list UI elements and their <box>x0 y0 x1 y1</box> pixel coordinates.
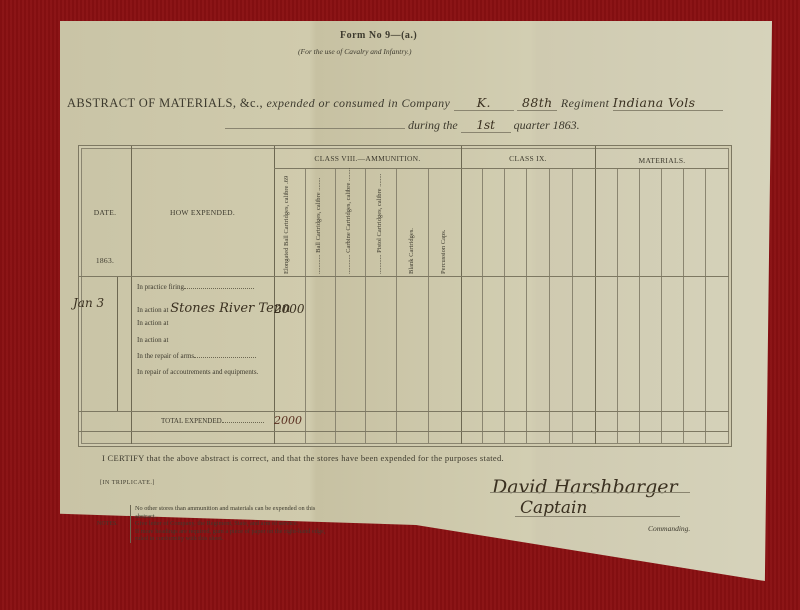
divider <box>274 168 729 169</box>
divider <box>661 168 662 444</box>
divider <box>365 168 366 444</box>
signature-name: David Harshbarger <box>492 476 678 498</box>
divider <box>595 146 596 444</box>
ammo-col-caps: Percussion Caps. <box>440 206 447 274</box>
divider <box>131 146 132 444</box>
divider <box>639 168 640 444</box>
row-repair-arms: In the repair of arms <box>137 352 256 360</box>
company-field: K. <box>454 95 514 111</box>
form-number: Form No 9—(a.) <box>340 30 417 41</box>
how-expended-header: HOW EXPENDED. <box>131 208 274 217</box>
row-repair-accoutrements: In repair of accoutrements and equipment… <box>137 368 258 376</box>
signature-rank: Captain <box>520 498 587 518</box>
row-action-1: In action at Stones River Tenn <box>137 301 291 316</box>
leader-dots <box>222 422 264 423</box>
divider <box>335 168 336 444</box>
during-line: during the 1st quarter 1863. <box>225 118 580 133</box>
divider <box>428 168 429 444</box>
divider <box>79 431 729 432</box>
divider <box>683 168 684 444</box>
divider <box>572 168 573 444</box>
title-prefix: ABSTRACT OF MATERIALS, &c., <box>67 96 263 110</box>
row-action-3: In action at <box>137 336 169 344</box>
divider <box>617 168 618 444</box>
divider <box>705 168 706 444</box>
triplicate-label: [IN TRIPLICATE.] <box>100 480 155 486</box>
leader-dots <box>184 288 254 289</box>
divider <box>526 168 527 444</box>
class8-header: CLASS VIII.—AMMUNITION. <box>274 154 461 163</box>
notes-label: NOTES. <box>97 521 118 527</box>
quarter-field: 1st <box>461 118 511 133</box>
row-label: In practice firing <box>137 283 184 291</box>
divider <box>79 276 729 277</box>
divider <box>79 411 729 412</box>
document-title: ABSTRACT OF MATERIALS, &c., expended or … <box>67 95 723 111</box>
notes-list: No other stores than ammunition and mate… <box>130 505 335 543</box>
divider <box>117 276 118 411</box>
divider <box>305 168 306 444</box>
form-subtitle: (For the use of Cavalry and Infantry.) <box>298 47 412 56</box>
divider <box>549 168 550 444</box>
note-item: If more headings are required, gum a pie… <box>135 528 335 543</box>
divider <box>504 168 505 444</box>
date-header: DATE. <box>79 208 131 217</box>
materials-header: MATERIALS. <box>595 156 729 165</box>
year-label: 1863. <box>79 256 131 265</box>
entry-date: Jan 3 <box>73 296 104 310</box>
rank-line <box>515 516 680 517</box>
divider <box>396 168 397 444</box>
certification-text: I CERTIFY that the above abstract is cor… <box>102 453 504 463</box>
divider <box>274 146 275 444</box>
commanding-label: Commanding. <box>648 524 690 533</box>
elongated-ball-value: 2000 <box>274 302 305 316</box>
ammo-col-ball: ............ Ball Cartridges, calibre ..… <box>315 174 322 274</box>
total-label: TOTAL EXPENDED <box>161 417 222 425</box>
quarter-label: quarter 1863. <box>514 118 580 132</box>
note-item: No other stores than ammunition and mate… <box>135 505 335 520</box>
action-place: Stones River Tenn <box>170 301 290 316</box>
row-label: In action at <box>137 306 169 314</box>
during-label: during the <box>408 118 458 132</box>
signature-line <box>490 492 690 493</box>
note-item: Give letter of Company, the Regiment, St… <box>135 520 335 528</box>
total-expended-label: TOTAL EXPENDED <box>161 417 264 425</box>
state-field: Indiana Vols <box>613 95 723 111</box>
regiment-number-field: 88th <box>517 95 557 111</box>
title-mid: expended or consumed in Company <box>267 96 451 110</box>
row-practice-firing: In practice firing <box>137 283 254 291</box>
regiment-label: Regiment <box>561 96 610 110</box>
ammo-col-elongated: Elongated Ball Cartridges, calibre .69 <box>283 174 290 274</box>
row-label: In the repair of arms <box>137 352 194 360</box>
ammo-col-pistol: ............ Pistol Cartridges, calibre … <box>376 174 383 274</box>
total-expended-value: 2000 <box>274 414 302 427</box>
class9-header: CLASS IX. <box>461 154 595 163</box>
ammo-col-carbine: ............ Carbine Cartridges, calibre… <box>345 174 352 274</box>
leader-dots <box>194 357 256 358</box>
abstract-table: DATE. 1863. HOW EXPENDED. CLASS VIII.—AM… <box>78 145 732 447</box>
divider <box>482 168 483 444</box>
divider <box>461 146 462 444</box>
row-action-2: In action at <box>137 319 169 327</box>
ammo-col-blank: Blank Cartridges. <box>408 206 415 274</box>
blank-line <box>225 128 405 129</box>
